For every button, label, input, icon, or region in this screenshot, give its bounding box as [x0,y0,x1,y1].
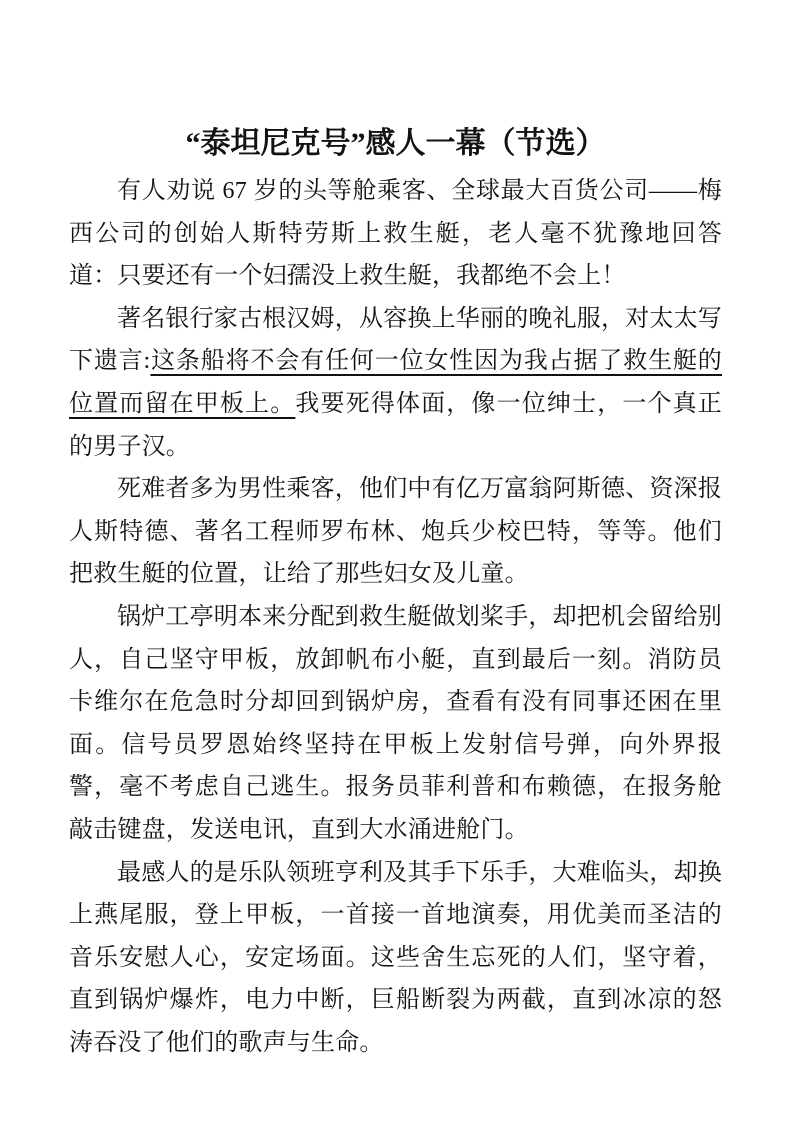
paragraph-5: 最感人的是乐队领班亨利及其手下乐手，大难临头，却换上燕尾服，登上甲板，一首接一首… [69,852,722,1065]
paragraph-1: 有人劝说 67 岁的头等舱乘客、全球最大百货公司——梅西公司的创始人斯特劳斯上救… [69,170,722,298]
paragraph-2: 著名银行家古根汉姆，从容换上华丽的晚礼服，对太太写下遗言:这条船将不会有任何一位… [69,298,722,468]
document-title: “泰坦尼克号”感人一幕（节选） [69,118,722,170]
paragraph-3: 死难者多为男性乘客，他们中有亿万富翁阿斯德、资深报人斯特德、著名工程师罗布林、炮… [69,468,722,596]
paragraph-4: 锅炉工亭明本来分配到救生艇做划桨手，却把机会留给别人，自己坚守甲板，放卸帆布小艇… [69,596,722,852]
document-body: 有人劝说 67 岁的头等舱乘客、全球最大百货公司——梅西公司的创始人斯特劳斯上救… [69,170,722,1064]
document-content: “泰坦尼克号”感人一幕（节选） 有人劝说 67 岁的头等舱乘客、全球最大百货公司… [69,118,722,1064]
document-page: “泰坦尼克号”感人一幕（节选） 有人劝说 67 岁的头等舱乘客、全球最大百货公司… [0,0,793,1122]
